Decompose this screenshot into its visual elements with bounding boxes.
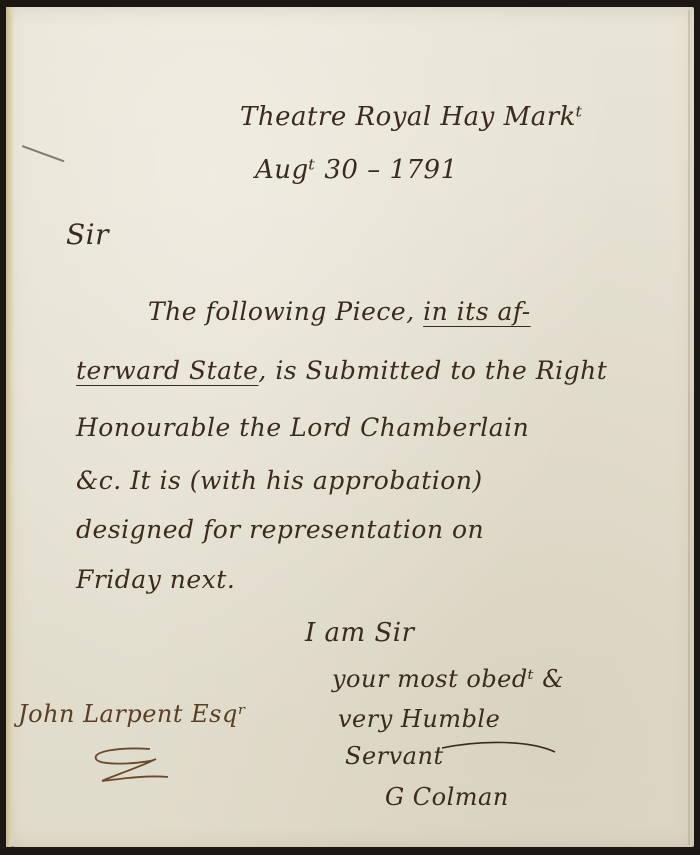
closing-line-4: Servant [345,742,444,770]
letter-date: Augᵗ 30 – 1791 [255,155,458,185]
servant-flourish-icon [440,738,560,758]
body-line-3: Honourable the Lord Chamberlain [76,413,529,442]
body-line-2-text: , is Submitted to the Right [258,356,607,385]
body-line-2-underlined: terward State [76,356,258,385]
paper-left-edge [6,7,14,847]
paper-fold-line [688,10,690,845]
body-line-1: The following Piece, in its af- [148,297,531,326]
letter-heading: Theatre Royal Hay Markᵗ [240,102,583,132]
body-line-1-text: The following Piece, [148,297,423,326]
addressee: John Larpent Esqʳ [18,700,247,728]
letter-salutation: Sir [66,218,109,251]
body-line-5: designed for representation on [76,515,484,544]
signature: G Colman [385,783,509,811]
closing-line-1: I am Sir [305,618,415,648]
body-line-4: &c. It is (with his approbation) [76,466,483,495]
body-line-2: terward State, is Submitted to the Right [76,356,607,385]
body-line-6: Friday next. [76,565,235,594]
closing-line-3: very Humble [338,705,500,733]
closing-line-2: your most obedᵗ & [332,665,564,693]
body-line-1-underlined: in its af- [423,297,531,326]
addressee-flourish-icon [90,745,170,785]
